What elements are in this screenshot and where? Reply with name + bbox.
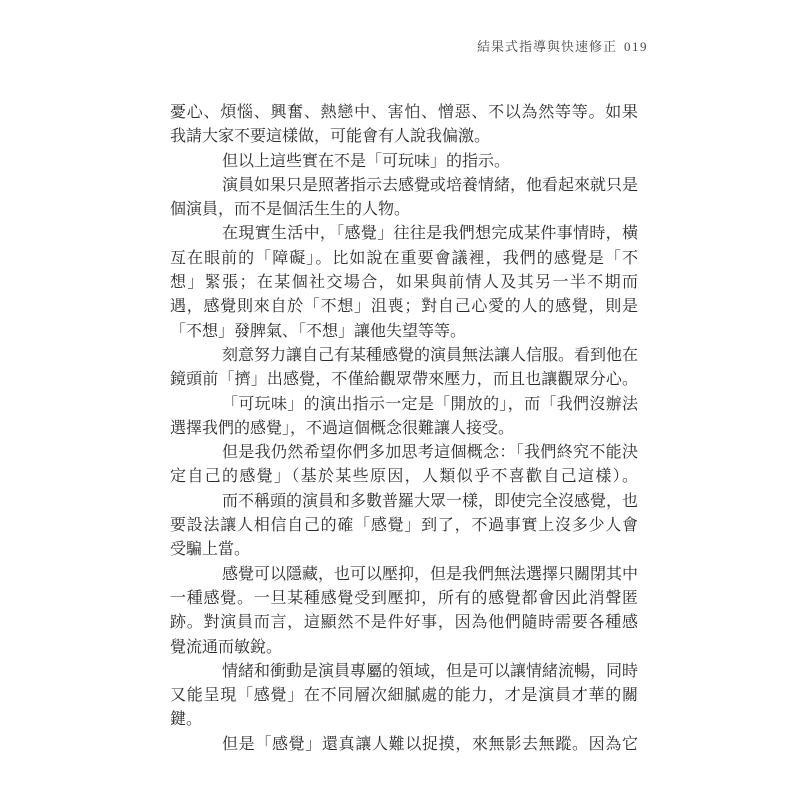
text-line: 情緒和衝動是演員專屬的領域，但是可以讓情緒流暢，同時	[170, 660, 638, 684]
text-line: 覺流通而敏銳。	[170, 636, 638, 660]
text-line: 「可玩味」的演出指示一定是「開放的」，而「我們沒辦法	[170, 393, 638, 417]
body-text-block: 憂心、煩惱、興奮、熱戀中、害怕、憎惡、不以為然等等。如果我請大家不要這樣做，可能…	[170, 101, 638, 757]
running-header-title: 結果式指導與快速修正	[477, 39, 617, 54]
text-line: 而不稱頭的演員和多數普羅大眾一樣，即使完全沒感覺，也	[170, 490, 638, 514]
book-page: 結果式指導與快速修正019 憂心、煩惱、興奮、熱戀中、害怕、憎惡、不以為然等等。…	[0, 0, 800, 800]
text-line: 定自己的感覺」（基於某些原因，人類似乎不喜歡自己這樣）。	[170, 465, 638, 489]
text-line: 跡。對演員而言，這顯然不是件好事，因為他們隨時需要各種感	[170, 611, 638, 635]
text-line: 亙在眼前的「障礙」。比如說在重要會議裡，我們的感覺是「不	[170, 247, 638, 271]
text-line: 但是我仍然希望你們多加思考這個概念：「我們終究不能決	[170, 441, 638, 465]
text-line: 但以上這些實在不是「可玩味」的指示。	[170, 150, 638, 174]
text-line: 但是「感覺」還真讓人難以捉摸，來無影去無蹤。因為它	[170, 733, 638, 757]
running-header: 結果式指導與快速修正019	[477, 36, 648, 55]
text-line: 又能呈現「感覺」在不同層次細膩處的能力，才是演員才華的關	[170, 684, 638, 708]
text-line: 鍵。	[170, 708, 638, 732]
text-line: 遇，感覺則來自於「不想」沮喪；對自己心愛的人的感覺，則是	[170, 295, 638, 319]
text-line: 感覺可以隱藏，也可以壓抑，但是我們無法選擇只關閉其中	[170, 563, 638, 587]
text-line: 一種感覺。一旦某種感覺受到壓抑，所有的感覺都會因此消聲匿	[170, 587, 638, 611]
text-line: 刻意努力讓自己有某種感覺的演員無法讓人信服。看到他在	[170, 344, 638, 368]
text-line: 受騙上當。	[170, 538, 638, 562]
text-line: 「不想」發脾氣、「不想」讓他失望等等。	[170, 320, 638, 344]
text-line: 選擇我們的感覺」，不過這個概念很難讓人接受。	[170, 417, 638, 441]
text-line: 我請大家不要這樣做，可能會有人說我偏激。	[170, 125, 638, 149]
text-line: 在現實生活中，「感覺」往往是我們想完成某件事情時，橫	[170, 222, 638, 246]
text-line: 憂心、煩惱、興奮、熱戀中、害怕、憎惡、不以為然等等。如果	[170, 101, 638, 125]
page-number: 019	[624, 39, 648, 54]
text-line: 想」緊張；在某個社交場合，如果與前情人及其另一半不期而	[170, 271, 638, 295]
text-line: 要設法讓人相信自己的確「感覺」到了，不過事實上沒多少人會	[170, 514, 638, 538]
text-line: 演員如果只是照著指示去感覺或培養情緒，他看起來就只是	[170, 174, 638, 198]
text-line: 個演員，而不是個活生生的人物。	[170, 198, 638, 222]
text-line: 鏡頭前「擠」出感覺，不僅給觀眾帶來壓力，而且也讓觀眾分心。	[170, 368, 638, 392]
